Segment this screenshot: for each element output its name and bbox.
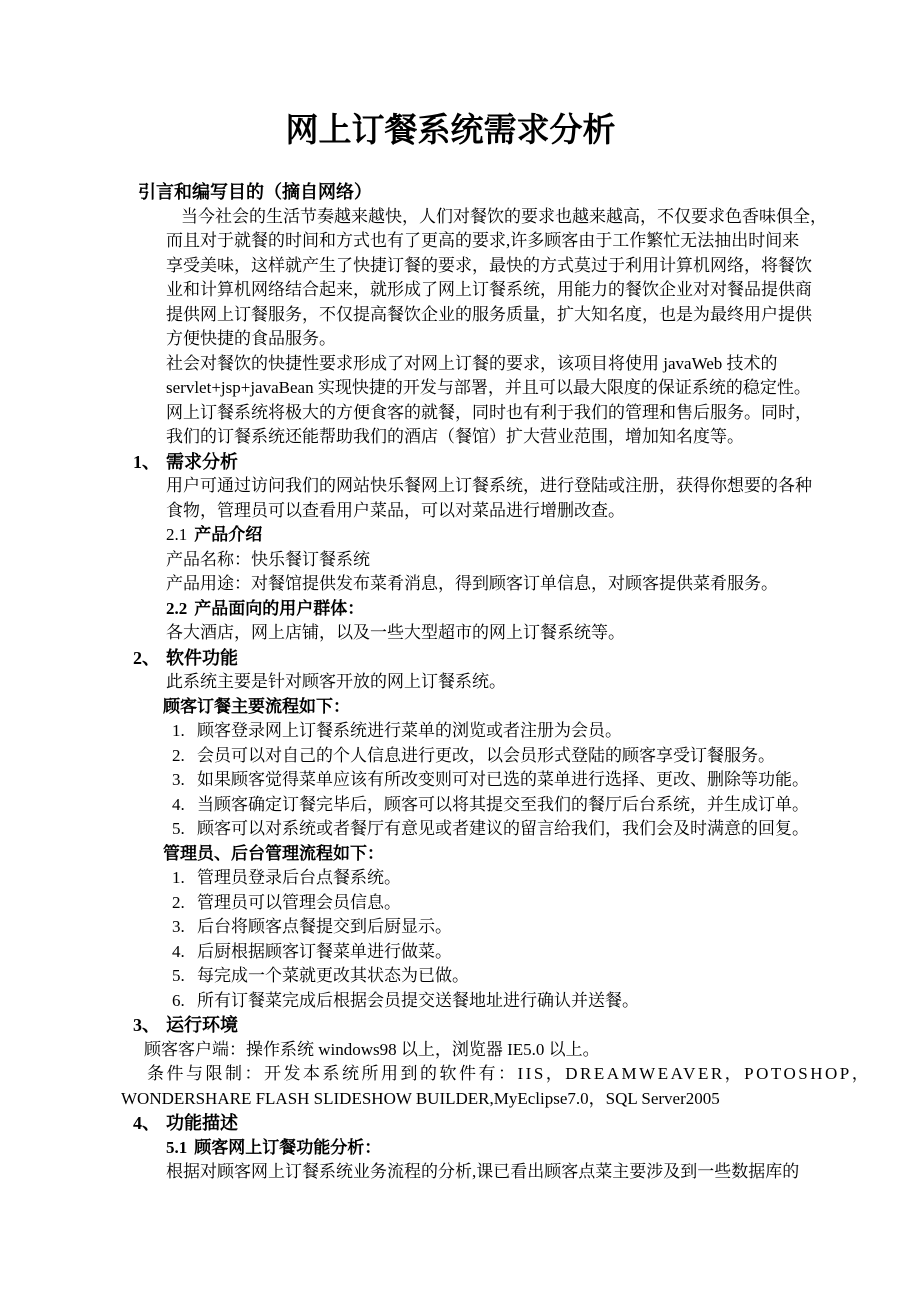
paragraph-line: 顾客客户端：操作系统 windows98 以上，浏览器 IE5.0 以上。 xyxy=(144,1038,802,1063)
list-item: 5.每完成一个菜就更改其状态为已做。 xyxy=(172,964,802,989)
line-text: 当顾客确定订餐完毕后，顾客可以将其提交至我们的餐厅后台系统，并生成订单。 xyxy=(197,795,809,814)
list-item: 4.当顾客确定订餐完毕后，顾客可以将其提交至我们的餐厅后台系统，并生成订单。 xyxy=(172,793,802,818)
list-item: 6.所有订餐菜完成后根据会员提交送餐地址进行确认并送餐。 xyxy=(172,989,802,1014)
sub-heading: 2.1产品介绍 xyxy=(166,523,802,548)
list-number: 3、 xyxy=(133,1013,166,1038)
line-text: 顾客网上订餐功能分析： xyxy=(194,1138,381,1157)
line-text: 如果顾客觉得菜单应该有所改变则可对已选的菜单进行选择、更改、删除等功能。 xyxy=(197,770,809,789)
list-item: 1.顾客登录网上订餐系统进行菜单的浏览或者注册为会员。 xyxy=(172,719,802,744)
paragraph-line: 此系统主要是针对顾客开放的网上订餐系统。 xyxy=(166,670,802,695)
line-text: 所有订餐菜完成后根据会员提交送餐地址进行确认并送餐。 xyxy=(197,991,639,1010)
paragraph-line: 产品名称：快乐餐订餐系统 xyxy=(166,548,802,573)
numbered-section-heading: 2、软件功能 xyxy=(133,646,802,671)
paragraph-line: 方便快捷的食品服务。 xyxy=(166,327,802,352)
numbered-section-heading: 1、需求分析 xyxy=(133,450,802,475)
paragraph-line: 用户可通过访问我们的网站快乐餐网上订餐系统，进行登陆或注册，获得你想要的各种 xyxy=(166,474,802,499)
line-text: 管理员可以管理会员信息。 xyxy=(197,893,401,912)
list-number: 4. xyxy=(172,940,197,965)
paragraph-line: 提供网上订餐服务，不仅提高餐饮企业的服务质量，扩大知名度，也是为最终用户提供 xyxy=(166,303,802,328)
paragraph-line: 根据对顾客网上订餐系统业务流程的分析,课已看出顾客点菜主要涉及到一些数据库的 xyxy=(166,1160,802,1185)
line-text: 会员可以对自己的个人信息进行更改，以会员形式登陆的顾客享受订餐服务。 xyxy=(197,746,775,765)
list-number: 5.1 xyxy=(166,1138,187,1157)
paragraph-line: WONDERSHARE FLASH SLIDESHOW BUILDER,MyEc… xyxy=(121,1087,802,1112)
paragraph-line: 我们的订餐系统还能帮助我们的酒店（餐馆）扩大营业范围，增加知名度等。 xyxy=(166,425,802,450)
list-number: 2.2 xyxy=(166,599,187,618)
line-text: 运行环境 xyxy=(166,1015,238,1035)
list-number: 4、 xyxy=(133,1111,166,1136)
line-text: 产品介绍 xyxy=(194,525,262,544)
paragraph-line: 食物，管理员可以查看用户菜品，可以对菜品进行增删改查。 xyxy=(166,499,802,524)
list-number: 1. xyxy=(172,719,197,744)
line-text: 后厨根据顾客订餐菜单进行做菜。 xyxy=(197,942,452,961)
list-item: 5.顾客可以对系统或者餐厅有意见或者建议的留言给我们，我们会及时满意的回复。 xyxy=(172,817,802,842)
sub-heading: 2.2产品面向的用户群体： xyxy=(166,597,802,622)
list-item: 3.后台将顾客点餐提交到后厨显示。 xyxy=(172,915,802,940)
line-text: 功能描述 xyxy=(166,1113,238,1133)
list-number: 4. xyxy=(172,793,197,818)
list-number: 2. xyxy=(172,891,197,916)
line-text: 需求分析 xyxy=(166,452,238,472)
paragraph-line: 网上订餐系统将极大的方便食客的就餐，同时也有利于我们的管理和售后服务。同时， xyxy=(166,401,802,426)
paragraph-line: 条件与限制：开发本系统所用到的软件有：IIS，DREAMWEAVER，POTOS… xyxy=(147,1062,802,1087)
sub-heading: 5.1顾客网上订餐功能分析： xyxy=(166,1136,802,1161)
list-item: 2.管理员可以管理会员信息。 xyxy=(172,891,802,916)
paragraph-line: 产品用途：对餐馆提供发布菜肴消息，得到顾客订单信息，对顾客提供菜肴服务。 xyxy=(166,572,802,597)
document-body: 引言和编写目的（摘自网络）当今社会的生活节奏越来越快，人们对餐饮的要求也越来越高… xyxy=(133,180,802,1185)
list-number: 6. xyxy=(172,989,197,1014)
paragraph-line: servlet+jsp+javaBean 实现快捷的开发与部署，并且可以最大限度… xyxy=(166,376,802,401)
numbered-section-heading: 4、功能描述 xyxy=(133,1111,802,1136)
document-title: 网上订餐系统需求分析 xyxy=(99,108,802,154)
list-number: 2、 xyxy=(133,646,166,671)
line-text: 软件功能 xyxy=(166,648,238,668)
paragraph-line: 各大酒店，网上店铺，以及一些大型超市的网上订餐系统等。 xyxy=(166,621,802,646)
line-text: 后台将顾客点餐提交到后厨显示。 xyxy=(197,917,452,936)
list-item: 2.会员可以对自己的个人信息进行更改，以会员形式登陆的顾客享受订餐服务。 xyxy=(172,744,802,769)
paragraph-line: 当今社会的生活节奏越来越快，人们对餐饮的要求也越来越高，不仅要求色香味俱全， xyxy=(166,205,802,230)
list-number: 2. xyxy=(172,744,197,769)
paragraph-line: 社会对餐饮的快捷性要求形成了对网上订餐的要求，该项目将使用 javaWeb 技术… xyxy=(166,352,802,377)
numbered-section-heading: 3、运行环境 xyxy=(133,1013,802,1038)
flow-heading: 管理员、后台管理流程如下： xyxy=(163,842,802,867)
section-heading: 引言和编写目的（摘自网络） xyxy=(138,180,802,205)
list-item: 4.后厨根据顾客订餐菜单进行做菜。 xyxy=(172,940,802,965)
line-text: 顾客可以对系统或者餐厅有意见或者建议的留言给我们，我们会及时满意的回复。 xyxy=(197,819,809,838)
list-number: 5. xyxy=(172,817,197,842)
list-item: 3.如果顾客觉得菜单应该有所改变则可对已选的菜单进行选择、更改、删除等功能。 xyxy=(172,768,802,793)
paragraph-line: 业和计算机网络结合起来，就形成了网上订餐系统，用能力的餐饮企业对对餐品提供商 xyxy=(166,278,802,303)
line-text: 顾客登录网上订餐系统进行菜单的浏览或者注册为会员。 xyxy=(197,721,622,740)
list-number: 1、 xyxy=(133,450,166,475)
list-number: 1. xyxy=(172,866,197,891)
list-number: 2.1 xyxy=(166,525,187,544)
flow-heading: 顾客订餐主要流程如下： xyxy=(163,695,802,720)
list-number: 3. xyxy=(172,768,197,793)
document-page: 网上订餐系统需求分析 引言和编写目的（摘自网络）当今社会的生活节奏越来越快，人们… xyxy=(0,0,920,1302)
list-number: 5. xyxy=(172,964,197,989)
line-text: 产品面向的用户群体： xyxy=(194,599,364,618)
line-text: 每完成一个菜就更改其状态为已做。 xyxy=(197,966,469,985)
paragraph-line: 享受美味，这样就产生了快捷订餐的要求，最快的方式莫过于利用计算机网络，将餐饮 xyxy=(166,254,802,279)
list-number: 3. xyxy=(172,915,197,940)
list-item: 1.管理员登录后台点餐系统。 xyxy=(172,866,802,891)
line-text: 管理员登录后台点餐系统。 xyxy=(197,868,401,887)
paragraph-line: 而且对于就餐的时间和方式也有了更高的要求,许多顾客由于工作繁忙无法抽出时间来 xyxy=(166,229,802,254)
